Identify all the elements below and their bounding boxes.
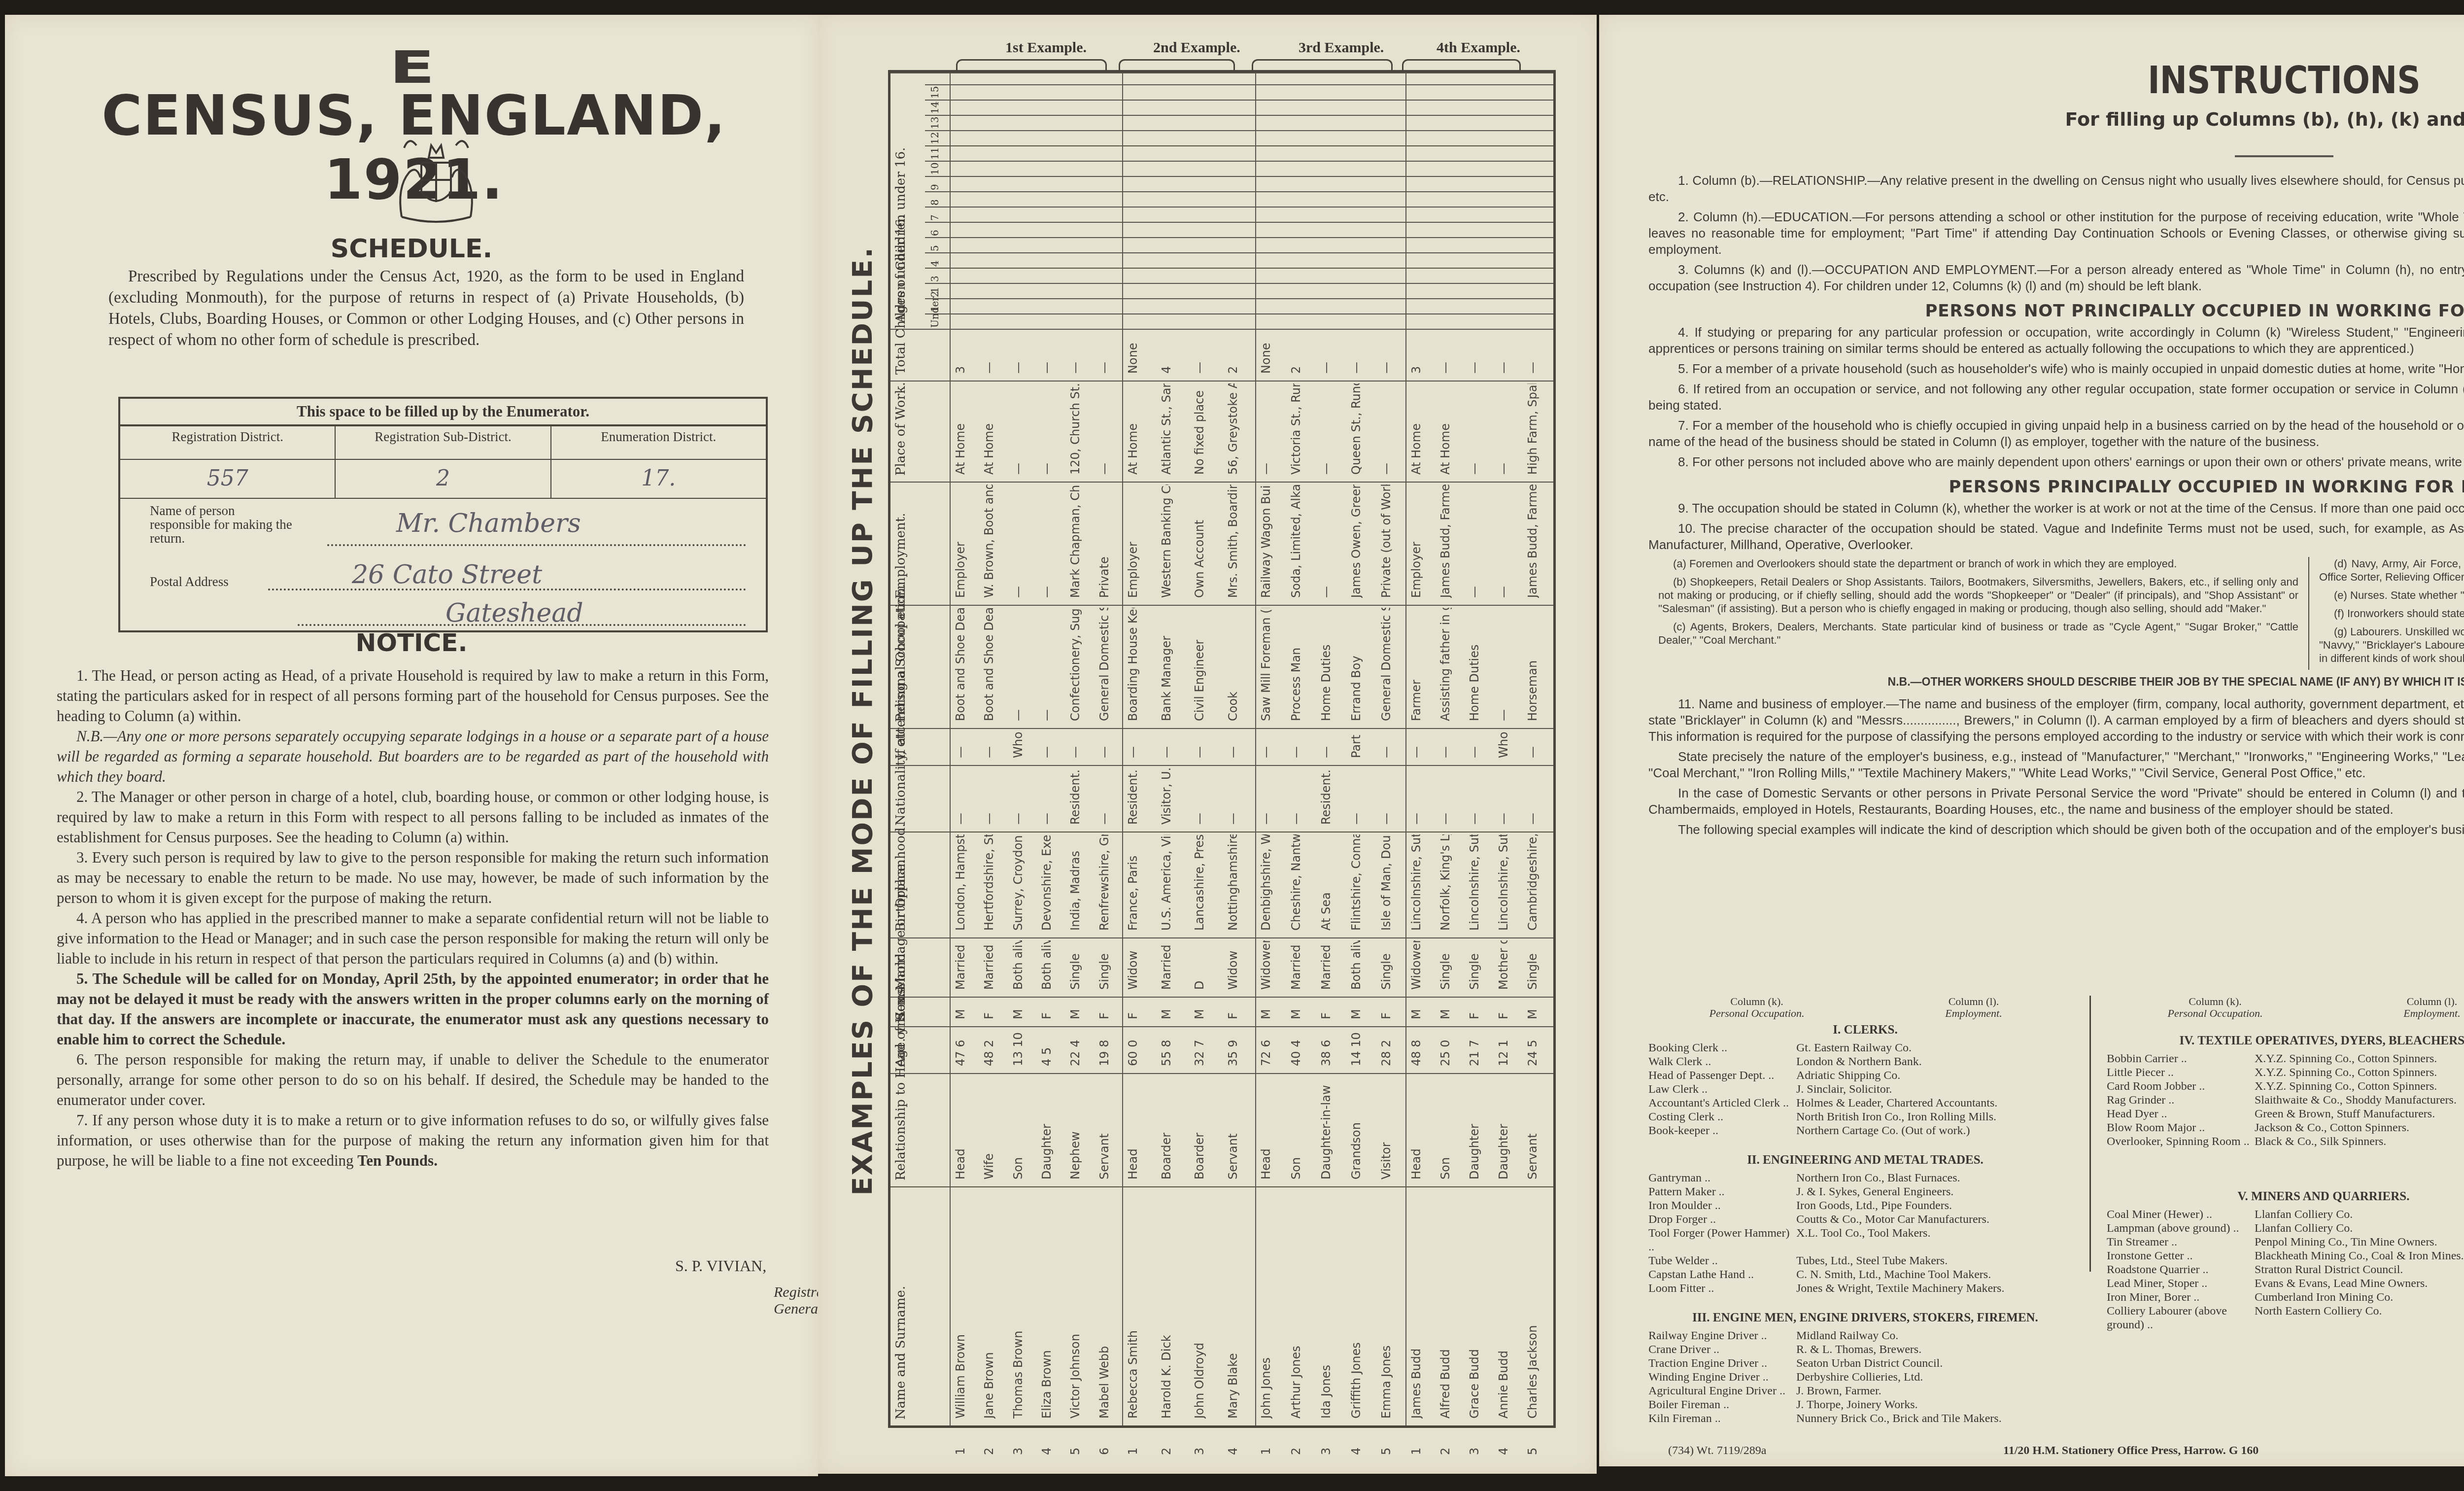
child-age-label: 2 bbox=[929, 291, 941, 297]
table-cell-name: Alfred Budd bbox=[1438, 1349, 1452, 1419]
table-cell-age: 55 8 bbox=[1160, 1040, 1173, 1066]
employment: J. Thorpe, Joinery Works. bbox=[1796, 1398, 2082, 1412]
employment: X.Y.Z. Spinning Co., Cotton Spinners. bbox=[2255, 1079, 2464, 1093]
field-value: 17. bbox=[551, 460, 766, 497]
table-cell-children: — bbox=[1011, 362, 1025, 374]
instruction-4: 4. If studying or preparing for any part… bbox=[1648, 324, 2464, 357]
registration-district-field[interactable]: Registration District. 557 bbox=[120, 426, 336, 498]
examples-vertical-title: EXAMPLES OF THE MODE OF FILLING UP THE S… bbox=[847, 105, 879, 1337]
column-divider bbox=[890, 1073, 1553, 1074]
table-cell-children: None bbox=[1259, 343, 1273, 374]
table-cell-emp: — bbox=[1468, 586, 1481, 598]
example-group-title: IV. TEXTILE OPERATIVES, DYERS, BLEACHERS… bbox=[2107, 1034, 2464, 1048]
responsible-person-field[interactable]: Name of person responsible for making th… bbox=[120, 499, 766, 558]
example-row: Pattern Maker ..J. & I. Sykes, General E… bbox=[1648, 1185, 2082, 1199]
notice-1: 1. The Head, or person acting as Head, o… bbox=[57, 665, 769, 726]
example-label-1: 1st Example. bbox=[1005, 39, 1087, 56]
table-cell-emp: Soda, Limited, Alkali Works bbox=[1289, 485, 1303, 598]
table-cell-nat: Resident. British born. bbox=[1126, 768, 1140, 825]
age-divider bbox=[925, 161, 1553, 162]
table-cell-sex: F bbox=[1097, 1012, 1111, 1019]
instruction-11: 11. Name and business of employer.—The n… bbox=[1648, 696, 2464, 745]
child-age-label: 3 bbox=[929, 276, 941, 282]
table-cell-nat: — bbox=[954, 813, 967, 825]
child-age-label: 4 bbox=[929, 260, 941, 267]
personal-occupation: Head of Passenger Dept. .. bbox=[1648, 1069, 1796, 1082]
table-cell-age: 32 7 bbox=[1193, 1040, 1206, 1066]
row-number: 5 bbox=[1379, 1448, 1393, 1455]
instruction-11c: In the case of Domestic Servants or othe… bbox=[1648, 785, 2464, 818]
table-cell-school: — bbox=[1068, 746, 1082, 758]
examples-column-2: Column (k).Personal Occupation.Column (l… bbox=[2107, 996, 2464, 1344]
age-divider bbox=[925, 283, 1553, 284]
responsible-person-label: Name of person responsible for making th… bbox=[150, 504, 298, 545]
column-divider bbox=[890, 605, 1553, 606]
table-cell-name: Arthur Jones bbox=[1289, 1346, 1303, 1419]
table-cell-age: 22 4 bbox=[1068, 1040, 1082, 1066]
print-code: (734) Wt. 7119/289a bbox=[1668, 1444, 1766, 1457]
table-cell-age: 13 10 bbox=[1011, 1032, 1025, 1066]
table-cell-school: — bbox=[982, 746, 996, 758]
table-cell-name: Eliza Brown bbox=[1040, 1350, 1054, 1419]
table-cell-mar: Widower bbox=[1259, 940, 1273, 990]
table-cell-occ: Cook bbox=[1226, 692, 1240, 721]
table-cell-children: 2 bbox=[1289, 366, 1303, 374]
table-cell-nat: — bbox=[1526, 813, 1540, 825]
table-cell-place: 56, Greystoke Av., Southport bbox=[1226, 383, 1240, 475]
table-cell-sex: M bbox=[1349, 1009, 1363, 1019]
child-age-label: 5 bbox=[929, 245, 941, 251]
table-cell-mar: Both alive bbox=[1040, 940, 1054, 990]
notice-4: 4. A person who has applied in the presc… bbox=[57, 908, 769, 969]
example-row: Railway Engine Driver ..Midland Railway … bbox=[1648, 1329, 2082, 1343]
employment: Nunnery Brick Co., Brick and Tile Makers… bbox=[1796, 1412, 2082, 1425]
table-cell-name: Mary Blake bbox=[1226, 1353, 1240, 1419]
table-cell-school: — bbox=[1040, 746, 1054, 758]
table-cell-birth: Nottinghamshire, Skegby bbox=[1226, 834, 1240, 931]
responsible-person-value: Mr. Chambers bbox=[396, 509, 581, 538]
table-cell-nat: — bbox=[1379, 813, 1393, 825]
table-cell-emp: Mrs. Smith, Boarding House Keeper bbox=[1226, 485, 1240, 598]
employment: London & Northern Bank. bbox=[1796, 1055, 2082, 1069]
field-label: Registration District. bbox=[120, 426, 335, 460]
example-row: Bobbin Carrier ..X.Y.Z. Spinning Co., Co… bbox=[2107, 1052, 2464, 1066]
table-cell-name: William Brown bbox=[954, 1334, 967, 1419]
table-cell-rel: Wife bbox=[982, 1153, 996, 1179]
table-cell-emp: James Owen, Green-grocer bbox=[1349, 485, 1363, 598]
table-cell-birth: Norfolk, King's Lynn bbox=[1438, 834, 1452, 931]
instruction-10b: (b) Shopkeepers, Retail Dealers or Shop … bbox=[1658, 575, 2298, 615]
column-divider bbox=[890, 937, 1553, 938]
column-divider bbox=[890, 832, 1553, 832]
table-cell-place: — bbox=[1468, 463, 1481, 475]
table-cell-age: 14 10 bbox=[1349, 1032, 1363, 1066]
personal-occupation: Kiln Fireman .. bbox=[1648, 1412, 1796, 1425]
table-cell-school: — bbox=[1289, 746, 1303, 758]
table-cell-nat: — bbox=[1497, 813, 1510, 825]
enumerator-box: This space to be filled up by the Enumer… bbox=[118, 397, 768, 632]
table-cell-occ: — bbox=[1011, 709, 1025, 721]
example-row: Iron Moulder ..Iron Goods, Ltd., Pipe Fo… bbox=[1648, 1199, 2082, 1213]
enumeration-district-field[interactable]: Enumeration District. 17. bbox=[551, 426, 766, 498]
employment: Stratton Rural District Council. bbox=[2255, 1263, 2464, 1277]
table-cell-emp: Employer bbox=[1409, 542, 1423, 598]
table-cell-children: — bbox=[982, 362, 996, 374]
table-cell-birth: London, Hampstead bbox=[954, 834, 967, 931]
employment: Penpol Mining Co., Tin Mine Owners. bbox=[2255, 1235, 2464, 1249]
age-divider bbox=[925, 237, 1553, 238]
column-header: Place of Work. bbox=[893, 382, 908, 476]
row-number: 1 bbox=[1126, 1448, 1140, 1455]
employment: Black & Co., Silk Spinners. bbox=[2255, 1135, 2464, 1148]
table-cell-rel: Head bbox=[1259, 1148, 1273, 1179]
table-cell-place: At Home bbox=[1438, 423, 1452, 475]
table-cell-birth: Hertfordshire, St. Albans bbox=[982, 834, 996, 931]
table-cell-nat: Resident. British born. bbox=[1319, 768, 1333, 825]
employment: Llanfan Colliery Co. bbox=[2255, 1208, 2464, 1221]
table-cell-children: — bbox=[1040, 362, 1054, 374]
table-cell-occ: Farmer bbox=[1409, 680, 1423, 721]
table-cell-mar: Single bbox=[1438, 953, 1452, 990]
address-line-2: Gateshead bbox=[445, 598, 583, 628]
table-cell-mar: Widow bbox=[1226, 951, 1240, 990]
example-row: Iron Miner, Borer ..Cumberland Iron Mini… bbox=[2107, 1290, 2464, 1304]
table-cell-sex: M bbox=[1193, 1009, 1206, 1019]
table-cell-mar: Single bbox=[1068, 953, 1082, 990]
instruction-3: 3. Columns (k) and (l).—OCCUPATION AND E… bbox=[1648, 262, 2464, 294]
notice-7: 7. If any person whose duty it is to mak… bbox=[57, 1110, 769, 1171]
table-cell-school: Whole time bbox=[1497, 731, 1510, 758]
example-row: Kiln Fireman ..Nunnery Brick Co., Brick … bbox=[1648, 1412, 2082, 1425]
example-divider bbox=[1255, 72, 1256, 1425]
table-cell-emp: Western Banking Corporation bbox=[1160, 485, 1173, 598]
employment: Holmes & Leader, Chartered Accountants. bbox=[1796, 1096, 2082, 1110]
table-cell-sex: M bbox=[1259, 1009, 1273, 1019]
table-cell-children: 2 bbox=[1226, 366, 1240, 374]
personal-occupation: Head Dyer .. bbox=[2107, 1107, 2255, 1121]
table-cell-mar: Married bbox=[1289, 945, 1303, 990]
example-row: Boiler Fireman ..J. Thorpe, Joinery Work… bbox=[1648, 1398, 2082, 1412]
column-divider bbox=[2089, 996, 2091, 1272]
table-cell-nat: — bbox=[1409, 813, 1423, 825]
table-cell-birth: Devonshire, Exeter bbox=[1040, 834, 1054, 931]
personal-occupation: Book-keeper .. bbox=[1648, 1124, 1796, 1138]
child-age-label: 13 bbox=[929, 117, 941, 129]
table-cell-school: Part time bbox=[1349, 731, 1363, 758]
table-cell-name: Jane Brown bbox=[982, 1352, 996, 1419]
employment: Iron Goods, Ltd., Pipe Founders. bbox=[1796, 1199, 2082, 1213]
column-header: Personal Occupation. bbox=[893, 584, 908, 722]
personal-occupation: Iron Miner, Borer .. bbox=[2107, 1290, 2255, 1304]
personal-occupation: Lampman (above ground) .. bbox=[2107, 1221, 2255, 1235]
table-cell-school: — bbox=[1526, 746, 1540, 758]
personal-occupation: Tube Welder .. bbox=[1648, 1254, 1796, 1268]
table-cell-children: — bbox=[1319, 362, 1333, 374]
table-cell-sex: M bbox=[1438, 1009, 1452, 1019]
personal-occupation: Blow Room Major .. bbox=[2107, 1121, 2255, 1135]
field-value: 557 bbox=[120, 460, 335, 497]
table-cell-sex: M bbox=[1011, 1009, 1025, 1019]
column-divider bbox=[890, 329, 1553, 330]
table-cell-name: Mabel Webb bbox=[1097, 1346, 1111, 1419]
employment: X.L. Tool Co., Tool Makers. bbox=[1796, 1226, 2082, 1254]
employment: Derbyshire Collieries, Ltd. bbox=[1796, 1370, 2082, 1384]
employment: Evans & Evans, Lead Mine Owners. bbox=[2255, 1277, 2464, 1290]
example-row: Lead Miner, Stoper ..Evans & Evans, Lead… bbox=[2107, 1277, 2464, 1290]
table-cell-occ: Boot and Shoe Dealer bbox=[954, 608, 967, 721]
table-cell-sex: M bbox=[1289, 1009, 1303, 1019]
row-number: 2 bbox=[1438, 1448, 1452, 1455]
table-cell-rel: Boarder bbox=[1193, 1133, 1206, 1179]
employment: North Eastern Colliery Co. bbox=[2255, 1304, 2464, 1332]
table-cell-sex: F bbox=[1126, 1012, 1140, 1019]
row-number: 5 bbox=[1068, 1448, 1082, 1455]
table-cell-occ: — bbox=[1497, 709, 1510, 721]
table-cell-emp: Employer bbox=[1126, 542, 1140, 598]
table-cell-name: Ida Jones bbox=[1319, 1365, 1333, 1419]
column-header: Sex. bbox=[893, 993, 908, 1020]
table-cell-occ: — bbox=[1040, 709, 1054, 721]
personal-occupation: Drop Forger .. bbox=[1648, 1213, 1796, 1226]
table-cell-age: 24 5 bbox=[1526, 1040, 1540, 1066]
instructions-subtitle: For filling up Columns (b), (h), (k) and… bbox=[1599, 108, 2464, 130]
table-cell-mar: D bbox=[1193, 981, 1206, 990]
row-number: 2 bbox=[1160, 1448, 1173, 1455]
table-cell-nat: — bbox=[1040, 813, 1054, 825]
personal-occupation: Accountant's Articled Clerk .. bbox=[1648, 1096, 1796, 1110]
table-cell-nat: — bbox=[982, 813, 996, 825]
table-cell-nat: — bbox=[1468, 813, 1481, 825]
table-cell-occ: Boot and Shoe Dealer's Assistant bbox=[982, 608, 996, 721]
table-cell-birth: Lincolnshire, Sutton Bridge bbox=[1497, 834, 1510, 931]
table-cell-place: No fixed place bbox=[1193, 390, 1206, 475]
table-cell-emp: Mark Chapman, Chocolate Manufacturer bbox=[1068, 485, 1082, 598]
table-cell-place: — bbox=[1040, 463, 1054, 475]
instructions-body: 1. Column (b).—RELATIONSHIP.—Any relativ… bbox=[1648, 173, 2464, 842]
table-cell-school: — bbox=[1438, 746, 1452, 758]
table-cell-mar: Both alive bbox=[1011, 940, 1025, 990]
table-cell-occ: General Domestic Servant bbox=[1097, 608, 1111, 721]
example-row: Booking Clerk ..Gt. Eastern Railway Co. bbox=[1648, 1041, 2082, 1055]
example-row: Tin Streamer ..Penpol Mining Co., Tin Mi… bbox=[2107, 1235, 2464, 1249]
example-row: Capstan Lathe Hand ..C. N. Smith, Ltd., … bbox=[1648, 1268, 2082, 1282]
table-cell-birth: Flintshire, Connah's Quay bbox=[1349, 834, 1363, 931]
employment: Gt. Eastern Railway Co. bbox=[1796, 1041, 2082, 1055]
employment: J. & I. Sykes, General Engineers. bbox=[1796, 1185, 2082, 1199]
table-cell-age: 72 6 bbox=[1259, 1040, 1273, 1066]
table-cell-mar: Mother dead bbox=[1497, 940, 1510, 990]
table-cell-place: Victoria St., Runcorn bbox=[1289, 383, 1303, 475]
instruction-8: 8. For other persons not included above … bbox=[1648, 454, 2464, 470]
age-divider bbox=[925, 100, 1553, 101]
age-divider bbox=[925, 252, 1553, 253]
table-cell-occ: Process Man bbox=[1289, 648, 1303, 721]
personal-occupation: Ironstone Getter .. bbox=[2107, 1249, 2255, 1263]
table-cell-nat: Visitor, U.S.A. Citizen. bbox=[1160, 768, 1173, 825]
employment: Northern Iron Co., Blast Furnaces. bbox=[1796, 1171, 2082, 1185]
notice-3: 3. Every such person is required by law … bbox=[57, 847, 769, 908]
table-cell-birth: Cheshire, Nantwich bbox=[1289, 834, 1303, 931]
age-divider bbox=[925, 84, 1553, 85]
row-number: 4 bbox=[1226, 1448, 1240, 1455]
table-cell-nat: — bbox=[1349, 813, 1363, 825]
table-cell-birth: Renfrewshire, Greenock bbox=[1097, 834, 1111, 931]
example-row: Book-keeper ..Northern Cartage Co. (Out … bbox=[1648, 1124, 2082, 1138]
employment: Northern Cartage Co. (Out of work.) bbox=[1796, 1124, 2082, 1138]
table-cell-rel: Nephew bbox=[1068, 1131, 1082, 1179]
table-cell-rel: Visitor bbox=[1379, 1142, 1393, 1179]
child-age-label: 9 bbox=[929, 184, 941, 190]
table-cell-place: — bbox=[1497, 463, 1510, 475]
table-cell-place: At Home bbox=[954, 423, 967, 475]
table-cell-birth: Cambridgeshire, Littleport bbox=[1526, 834, 1540, 931]
divider bbox=[2235, 155, 2333, 157]
example-row: Ironstone Getter ..Blackheath Mining Co.… bbox=[2107, 1249, 2464, 1263]
employment: Slaithwaite & Co., Shoddy Manufacturers. bbox=[2255, 1093, 2464, 1107]
table-cell-place: — bbox=[1259, 463, 1273, 475]
registration-sub-district-field[interactable]: Registration Sub-District. 2 bbox=[336, 426, 551, 498]
table-cell-name: Emma Jones bbox=[1379, 1346, 1393, 1419]
table-cell-age: 19 8 bbox=[1097, 1040, 1111, 1066]
table-cell-nat: — bbox=[1097, 813, 1111, 825]
table-cell-rel: Daughter bbox=[1040, 1124, 1054, 1179]
table-cell-nat: — bbox=[1193, 813, 1206, 825]
table-cell-sex: F bbox=[1040, 1012, 1054, 1019]
table-cell-name: Thomas Brown bbox=[1011, 1331, 1025, 1419]
table-cell-place: 120, Church St., London, W.9 bbox=[1068, 383, 1082, 475]
table-cell-school: — bbox=[1379, 746, 1393, 758]
column-divider bbox=[890, 728, 1553, 729]
example-row: Overlooker, Spinning Room ..Black & Co.,… bbox=[2107, 1135, 2464, 1148]
table-cell-children: — bbox=[1193, 362, 1206, 374]
child-age-label: 11 bbox=[929, 147, 941, 160]
example-row: Crane Driver ..R. & L. Thomas, Brewers. bbox=[1648, 1343, 2082, 1356]
personal-occupation: Winding Engine Driver .. bbox=[1648, 1370, 1796, 1384]
instructions-title: INSTRUCTIONS bbox=[1599, 59, 2464, 103]
table-cell-place: — bbox=[1011, 463, 1025, 475]
table-cell-school: — bbox=[1259, 746, 1273, 758]
table-cell-birth: At Sea bbox=[1319, 892, 1333, 931]
instruction-10: 10. The precise character of the occupat… bbox=[1648, 520, 2464, 553]
personal-occupation: Loom Fitter .. bbox=[1648, 1282, 1796, 1295]
example-group-title: II. ENGINEERING AND METAL TRADES. bbox=[1648, 1153, 2082, 1167]
personal-occupation: Coal Miner (Hewer) .. bbox=[2107, 1208, 2255, 1221]
instruction-6: 6. If retired from an occupation or serv… bbox=[1648, 381, 2464, 414]
table-cell-mar: Widower bbox=[1409, 940, 1423, 990]
example-label-3: 3rd Example. bbox=[1299, 39, 1384, 56]
table-cell-rel: Son bbox=[1011, 1157, 1025, 1179]
example-row: Law Clerk ..J. Sinclair, Solicitor. bbox=[1648, 1082, 2082, 1096]
instructions-page: INSTRUCTIONS For filling up Columns (b),… bbox=[1599, 15, 2464, 1466]
age-divider bbox=[925, 191, 1553, 192]
table-cell-age: 38 6 bbox=[1319, 1040, 1333, 1066]
instruction-11b: State precisely the nature of the employ… bbox=[1648, 749, 2464, 781]
row-number: 2 bbox=[982, 1448, 996, 1455]
example-row: Winding Engine Driver ..Derbyshire Colli… bbox=[1648, 1370, 2082, 1384]
table-cell-name: Victor Johnson bbox=[1068, 1334, 1082, 1419]
nb-note: N.B.—OTHER WORKERS SHOULD DESCRIBE THEIR… bbox=[1648, 674, 2464, 690]
personal-occupation: Tool Forger (Power Hammer) .. bbox=[1648, 1226, 1796, 1254]
row-number: 3 bbox=[1319, 1448, 1333, 1455]
table-cell-rel: Grandson bbox=[1349, 1122, 1363, 1179]
table-cell-children: 3 bbox=[1409, 366, 1423, 374]
example-row: Gantryman ..Northern Iron Co., Blast Fur… bbox=[1648, 1171, 2082, 1185]
personal-occupation: Agricultural Engine Driver .. bbox=[1648, 1384, 1796, 1398]
table-cell-mar: Single bbox=[1379, 953, 1393, 990]
table-cell-name: John Oldroyd bbox=[1193, 1343, 1206, 1419]
personal-occupation: Boiler Fireman .. bbox=[1648, 1398, 1796, 1412]
example-row: Agricultural Engine Driver ..J. Brown, F… bbox=[1648, 1384, 2082, 1398]
example-divider bbox=[1405, 72, 1406, 1425]
row-number: 3 bbox=[1011, 1448, 1025, 1455]
row-number: 6 bbox=[1097, 1448, 1111, 1455]
example-row: Rag Grinder ..Slaithwaite & Co., Shoddy … bbox=[2107, 1093, 2464, 1107]
table-cell-name: James Budd bbox=[1409, 1349, 1423, 1419]
table-cell-school: — bbox=[1160, 746, 1173, 758]
column-header: Name and Surname. bbox=[893, 1286, 908, 1420]
child-age-label: 15 bbox=[929, 86, 941, 99]
personal-occupation: Card Room Jobber .. bbox=[2107, 1079, 2255, 1093]
instruction-11d: The following special examples will indi… bbox=[1648, 822, 2464, 838]
table-cell-rel: Daughter bbox=[1497, 1124, 1510, 1179]
royal-coat-of-arms-icon bbox=[387, 118, 485, 227]
employment: North British Iron Co., Iron Rolling Mil… bbox=[1796, 1110, 2082, 1124]
child-age-label: 1 bbox=[929, 306, 941, 312]
table-cell-mar: Both alive bbox=[1349, 940, 1363, 990]
signatory: S. P. VIVIAN, bbox=[675, 1257, 766, 1275]
table-cell-place: — bbox=[1319, 463, 1333, 475]
table-cell-children: — bbox=[1097, 362, 1111, 374]
table-cell-children: — bbox=[1438, 362, 1452, 374]
instruction-7: 7. For a member of the household who is … bbox=[1648, 417, 2464, 450]
table-cell-rel: Daughter bbox=[1468, 1124, 1481, 1179]
employment: Seaton Urban District Council. bbox=[1796, 1356, 2082, 1370]
employment: Midland Railway Co. bbox=[1796, 1329, 2082, 1343]
example-label-2: 2nd Example. bbox=[1153, 39, 1240, 56]
personal-occupation: Crane Driver .. bbox=[1648, 1343, 1796, 1356]
table-cell-sex: F bbox=[1319, 1012, 1333, 1019]
table-cell-age: 4 5 bbox=[1040, 1047, 1054, 1066]
column-header: Birthplace. bbox=[893, 860, 908, 932]
employment: X.Y.Z. Spinning Co., Cotton Spinners. bbox=[2255, 1052, 2464, 1066]
table-cell-birth: Lincolnshire, Sutton Bridge bbox=[1409, 834, 1423, 931]
table-cell-nat: Resident. bbox=[1068, 769, 1082, 825]
personal-occupation: Rag Grinder .. bbox=[2107, 1093, 2255, 1107]
age-divider bbox=[925, 115, 1553, 116]
table-cell-school: — bbox=[1226, 746, 1240, 758]
personal-occupation: Capstan Lathe Hand .. bbox=[1648, 1268, 1796, 1282]
instruction-1: 1. Column (b).—RELATIONSHIP.—Any relativ… bbox=[1648, 173, 2464, 205]
employment: C. N. Smith, Ltd., Machine Tool Makers. bbox=[1796, 1268, 2082, 1282]
table-cell-age: 21 7 bbox=[1468, 1040, 1481, 1066]
age-divider bbox=[925, 268, 1553, 269]
notice-text: 1. The Head, or person acting as Head, o… bbox=[57, 665, 769, 1171]
postal-address-field[interactable]: Postal Address 26 Cato Street bbox=[120, 558, 766, 598]
personal-occupation: Gantryman .. bbox=[1648, 1171, 1796, 1185]
examples-column-header: Column (k).Personal Occupation.Column (l… bbox=[2107, 996, 2464, 1019]
table-cell-birth: Lancashire, Preston bbox=[1193, 834, 1206, 931]
table-cell-children: — bbox=[1349, 362, 1363, 374]
table-cell-birth: France, Paris bbox=[1126, 856, 1140, 931]
row-number: 1 bbox=[954, 1448, 967, 1455]
table-cell-place: — bbox=[1097, 463, 1111, 475]
row-number: 1 bbox=[1409, 1448, 1423, 1455]
field-label: Enumeration District. bbox=[551, 426, 766, 460]
instruction-10g: (g) Labourers. Unskilled workers usually… bbox=[2319, 625, 2464, 665]
table-cell-occ: Saw Mill Foreman (Retired) bbox=[1259, 608, 1273, 721]
row-number: 4 bbox=[1497, 1448, 1510, 1455]
personal-occupation: Railway Engine Driver .. bbox=[1648, 1329, 1796, 1343]
